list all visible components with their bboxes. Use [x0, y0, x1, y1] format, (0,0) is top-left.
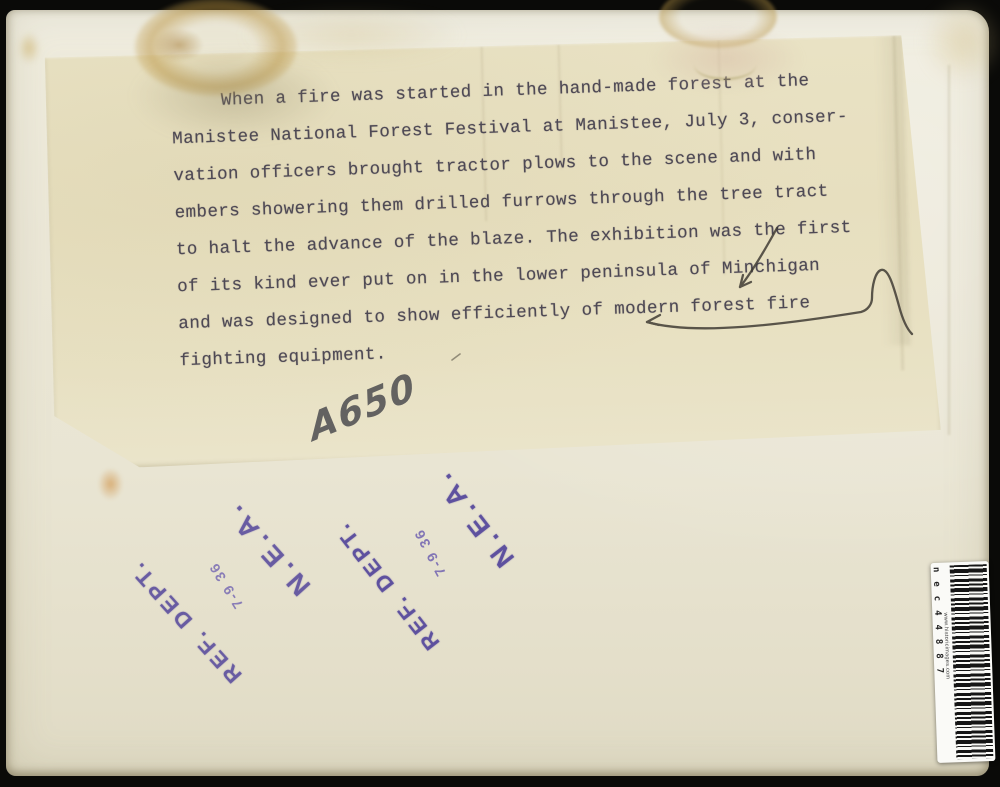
- barcode-bars: [950, 564, 994, 759]
- photo-crease: [948, 65, 950, 435]
- typed-caption: When a fire was started in the hand-made…: [170, 60, 913, 380]
- nea-ref-dept-stamp-right: REF. DEPT. 7-9 36 N.E.A.: [318, 434, 544, 669]
- scan-background: When a fire was started in the hand-made…: [0, 0, 1000, 787]
- stamp-date: 7-9 36: [410, 526, 448, 579]
- barcode-url: www.historicimages.com: [942, 612, 950, 679]
- stain: [98, 468, 123, 500]
- nea-ref-dept-stamp-left: REF. DEPT. 7-9 36 N.E.A.: [112, 467, 342, 701]
- stain: [924, 2, 1000, 82]
- barcode-sticker: nec44887 www.historicimages.com: [931, 561, 996, 763]
- photo-back: When a fire was started in the hand-made…: [6, 10, 989, 776]
- stain: [18, 32, 40, 64]
- stamp-date: 7-9 36: [205, 560, 246, 612]
- handwritten-code: A650: [306, 364, 421, 450]
- caption-paper: When a fire was started in the hand-made…: [45, 34, 941, 469]
